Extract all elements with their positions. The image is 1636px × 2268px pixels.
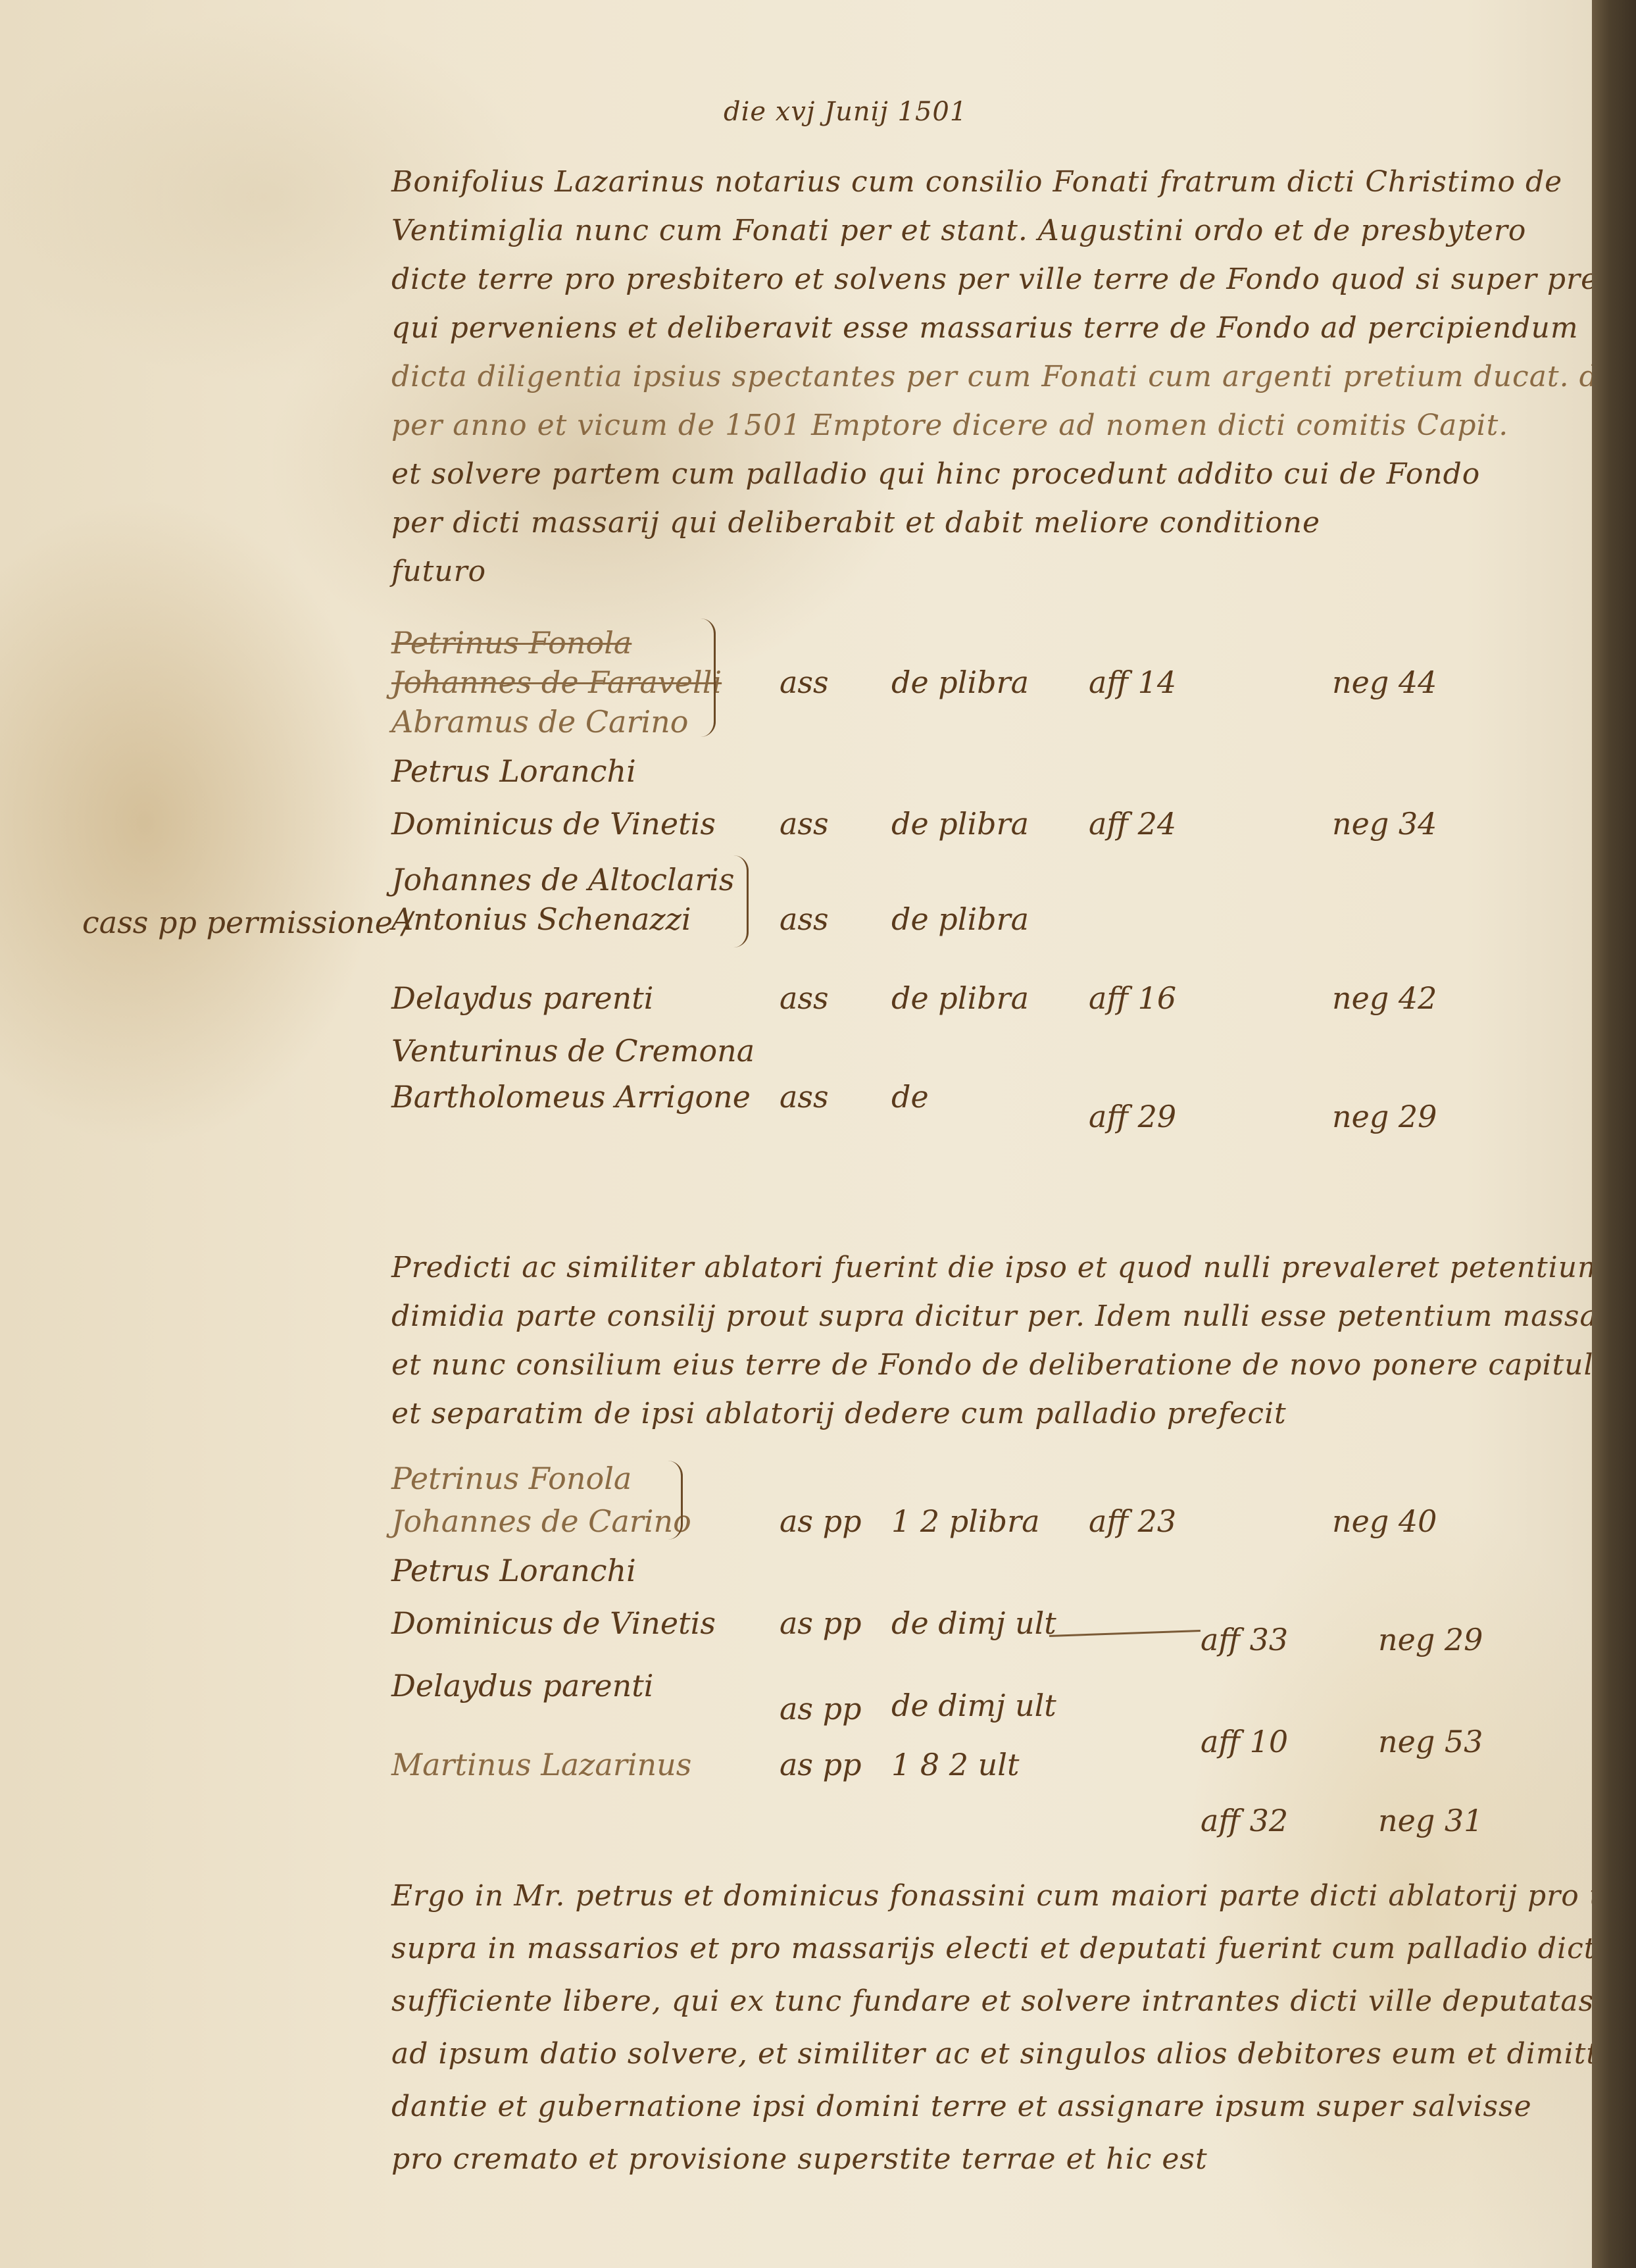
paragraph-2-line: Predicti ac similiter ablatori fuerint d… [391,1253,1562,1282]
paragraph-3-line: sufficiente libere, qui ex tunc fundare … [391,1987,1562,2016]
vote-qualifier: de plibra [891,665,1029,700]
candidate-name: Abramus de Carino [391,704,689,740]
list-item: Dominicus de Vinetis ass de plibra aff 2… [391,806,1575,845]
manuscript-page: die xvj Junij 1501 Bonifolius Lazarinus … [0,0,1592,2268]
vote-qualifier: de plibra [891,901,1029,937]
list-item: Abramus de Carino [391,704,1575,743]
vote-mark: ass [780,980,829,1016]
list-item: Martinus Lazarinus as pp 1 8 2 ult [391,1747,1575,1786]
bracket [668,1461,683,1540]
candidate-name: Petrinus Fonola [391,625,632,661]
binding-edge [1592,0,1636,2268]
bracket [733,855,749,947]
candidate-name: Petrinus Fonola [391,1461,632,1496]
votes-affirmative: aff 29 [1089,1099,1176,1134]
candidate-name: Martinus Lazarinus [391,1747,691,1782]
paragraph-3-line: dantie et gubernatione ipsi domini terre… [391,2092,1562,2121]
paragraph-1-line: per dicti massarij qui deliberabit et da… [391,509,1562,538]
candidate-name: Delaydus parenti [391,1668,653,1703]
vote-mark: ass [780,901,829,937]
votes-negative: neg 29 [1378,1622,1483,1657]
candidate-name: Antonius Schenazzi [391,901,691,937]
paragraph-2-line: et separatim de ipsi ablatorij dedere cu… [391,1399,1562,1428]
candidate-name: Dominicus de Vinetis [391,1605,716,1641]
votes-negative: neg 34 [1332,806,1437,842]
vote-qualifier: de dimj ult [891,1605,1056,1641]
candidate-name: Petrus Loranchi [391,753,636,789]
bracket [701,618,716,737]
vote-qualifier: de plibra [891,980,1029,1016]
vote-mark: as pp [780,1605,862,1641]
paragraph-1-line: dicte terre pro presbitero et solvens pe… [391,265,1562,294]
paragraph-1-line: per anno et vicum de 1501 Emptore dicere… [391,411,1562,440]
margin-note: cass pp permissione / [82,905,412,940]
vote-qualifier: de dimj ult [891,1688,1056,1723]
votes-affirmative: aff 24 [1089,806,1176,842]
list-item: Petrus Loranchi [391,1553,1575,1592]
list-item: aff 32 neg 31 [391,1803,1575,1842]
candidate-name: Johannes de Carino [391,1503,691,1539]
paragraph-1-line: Ventimiglia nunc cum Fonati per et stant… [391,216,1562,245]
vote-qualifier: 1 8 2 ult [891,1747,1020,1782]
votes-negative: neg 29 [1332,1099,1437,1134]
list-item: Petrinus Fonola [391,1461,1575,1500]
paragraph-2-line: dimidia parte consilij prout supra dicit… [391,1302,1562,1331]
paragraph-2: Predicti ac similiter ablatori fuerint d… [391,1253,1562,1448]
vote-qualifier: de plibra [891,806,1029,842]
candidate-name: Bartholomeus Arrigone [391,1079,751,1115]
paragraph-2-line: et nunc consilium eius terre de Fondo de… [391,1351,1562,1380]
votes-affirmative: aff 16 [1089,980,1176,1016]
date-heading: die xvj Junij 1501 [724,99,967,125]
votes-affirmative: aff 32 [1201,1803,1288,1838]
votes-affirmative: aff 33 [1201,1622,1288,1657]
candidate-name: Dominicus de Vinetis [391,806,716,842]
list-item: Dominicus de Vinetis as pp de dimj ult a… [391,1605,1575,1645]
list-item: Petrus Loranchi [391,753,1575,793]
paragraph-1: Bonifolius Lazarinus notarius cum consil… [391,168,1562,606]
votes-affirmative: aff 23 [1089,1503,1176,1539]
paragraph-1-line: qui perveniens et deliberavit esse massa… [391,314,1562,343]
vote-mark: ass [780,665,829,700]
votes-affirmative: aff 14 [1089,665,1176,700]
list-item: Johannes de Carino as pp 1 2 plibra aff … [391,1503,1575,1543]
vote-mark: ass [780,1079,829,1115]
paragraph-3-line: supra in massarios et pro massarijs elec… [391,1934,1562,1963]
list-item: Delaydus parenti ass de plibra aff 16 ne… [391,980,1575,1020]
votes-negative: neg 40 [1332,1503,1437,1539]
vote-mark: as pp [780,1691,862,1726]
list-item: Venturinus de Cremona [391,1033,1575,1072]
vote-qualifier: de [891,1079,929,1115]
list-item: Johannes de Faravelli ass de plibra aff … [391,665,1575,704]
votes-negative: neg 31 [1378,1803,1483,1838]
votes-negative: neg 42 [1332,980,1437,1016]
list-item: Bartholomeus Arrigone ass de aff 29 neg … [391,1079,1575,1119]
paragraph-1-line: futuro [391,557,1562,586]
paragraph-1-line: et solvere partem cum palladio qui hinc … [391,460,1562,489]
candidate-name: Petrus Loranchi [391,1553,636,1588]
vote-qualifier: 1 2 plibra [891,1503,1040,1539]
paragraph-3-line: pro cremato et provisione superstite ter… [391,2145,1562,2174]
votes-negative: neg 44 [1332,665,1437,700]
list-item: Johannes de Altoclaris [391,862,1575,901]
candidate-name: Johannes de Faravelli [391,665,722,700]
paragraph-3-line: Ergo in Mr. petrus et dominicus fonassin… [391,1882,1562,1911]
paragraph-1-line: dicta diligentia ipsius spectantes per c… [391,363,1562,391]
paragraph-3-line: ad ipsum datio solvere, et similiter ac … [391,2040,1562,2069]
candidate-name: Venturinus de Cremona [391,1033,755,1069]
list-item: Delaydus parenti as pp de dimj ult aff 1… [391,1668,1575,1707]
candidate-name: Johannes de Altoclaris [391,862,735,897]
paragraph-3: Ergo in Mr. petrus et dominicus fonassin… [391,1882,1562,2198]
candidate-name: Delaydus parenti [391,980,653,1016]
vote-mark: as pp [780,1747,862,1782]
vote-mark: as pp [780,1503,862,1539]
paragraph-1-line: Bonifolius Lazarinus notarius cum consil… [391,168,1562,197]
list-item: Antonius Schenazzi ass de plibra [391,901,1575,941]
list-item: Petrinus Fonola [391,625,1575,665]
vote-mark: ass [780,806,829,842]
